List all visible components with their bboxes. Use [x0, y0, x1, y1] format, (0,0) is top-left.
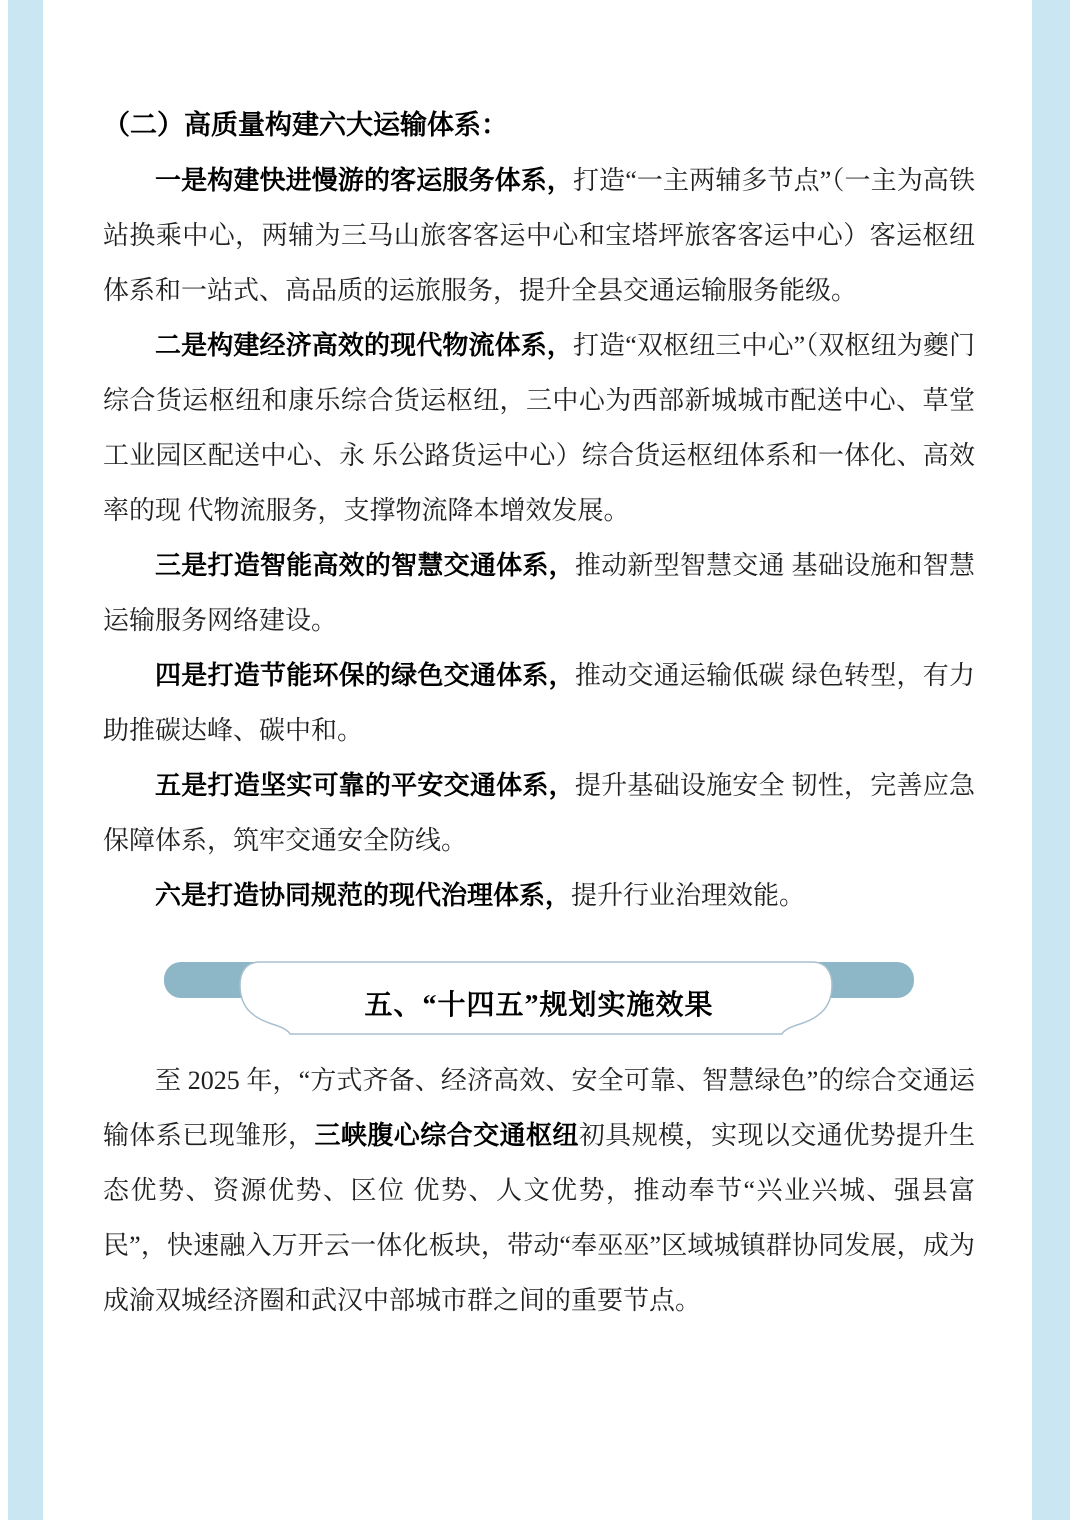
section-banner: 五、“十四五”规划实施效果 — [164, 959, 914, 1039]
document-content: （二）高质量构建六大运输体系： 一是构建快进慢游的客运服务体系，打造“一主两辅多… — [103, 0, 975, 1328]
closing-post: 初具规模，实现以交通优势提升生态优势、资源优势、区位 优势、人文优势，推动奉节“… — [103, 1121, 975, 1315]
closing-bold-phrase: 三峡腹心综合交通枢纽 — [315, 1121, 579, 1150]
right-edge-strip — [1032, 0, 1070, 1520]
closing-paragraph: 至 2025 年，“方式齐备、经济高效、安全可靠、智慧绿色”的综合交通运输体系已… — [103, 1053, 975, 1328]
left-edge-strip — [8, 0, 43, 1520]
paragraph-body: 打造“双枢纽三中心”（双枢纽为夔门综合货运枢纽和康乐综合货运枢纽，三中心为西部新… — [103, 331, 975, 525]
paragraph: 四是打造节能环保的绿色交通体系，推动交通运输低碳 绿色转型，有力助推碳达峰、碳中… — [103, 648, 975, 758]
paragraph: 五是打造坚实可靠的平安交通体系，提升基础设施安全 韧性，完善应急保障体系，筑牢交… — [103, 758, 975, 868]
paragraph-body: 提升行业治理效能。 — [571, 881, 805, 910]
paragraph: 六是打造协同规范的现代治理体系，提升行业治理效能。 — [103, 868, 975, 923]
paragraph-lead: 三是打造智能高效的智慧交通体系， — [155, 551, 575, 580]
document-page: （二）高质量构建六大运输体系： 一是构建快进慢游的客运服务体系，打造“一主两辅多… — [0, 0, 1075, 1520]
paragraph: 二是构建经济高效的现代物流体系，打造“双枢纽三中心”（双枢纽为夔门综合货运枢纽和… — [103, 318, 975, 538]
paragraph-lead: 四是打造节能环保的绿色交通体系， — [155, 661, 575, 690]
paragraph: 一是构建快进慢游的客运服务体系，打造“一主两辅多节点”（一主为高铁站换乘中心，两… — [103, 153, 975, 318]
paragraph: 三是打造智能高效的智慧交通体系，推动新型智慧交通 基础设施和智慧运输服务网络建设… — [103, 538, 975, 648]
paragraph-lead: 六是打造协同规范的现代治理体系， — [155, 881, 571, 910]
banner-title: 五、“十四五”规划实施效果 — [164, 983, 914, 1023]
paragraph-lead: 二是构建经济高效的现代物流体系， — [155, 331, 573, 360]
section-heading: （二）高质量构建六大运输体系： — [103, 98, 975, 153]
paragraph-lead: 五是打造坚实可靠的平安交通体系， — [155, 771, 575, 800]
paragraph-lead: 一是构建快进慢游的客运服务体系， — [155, 166, 573, 195]
